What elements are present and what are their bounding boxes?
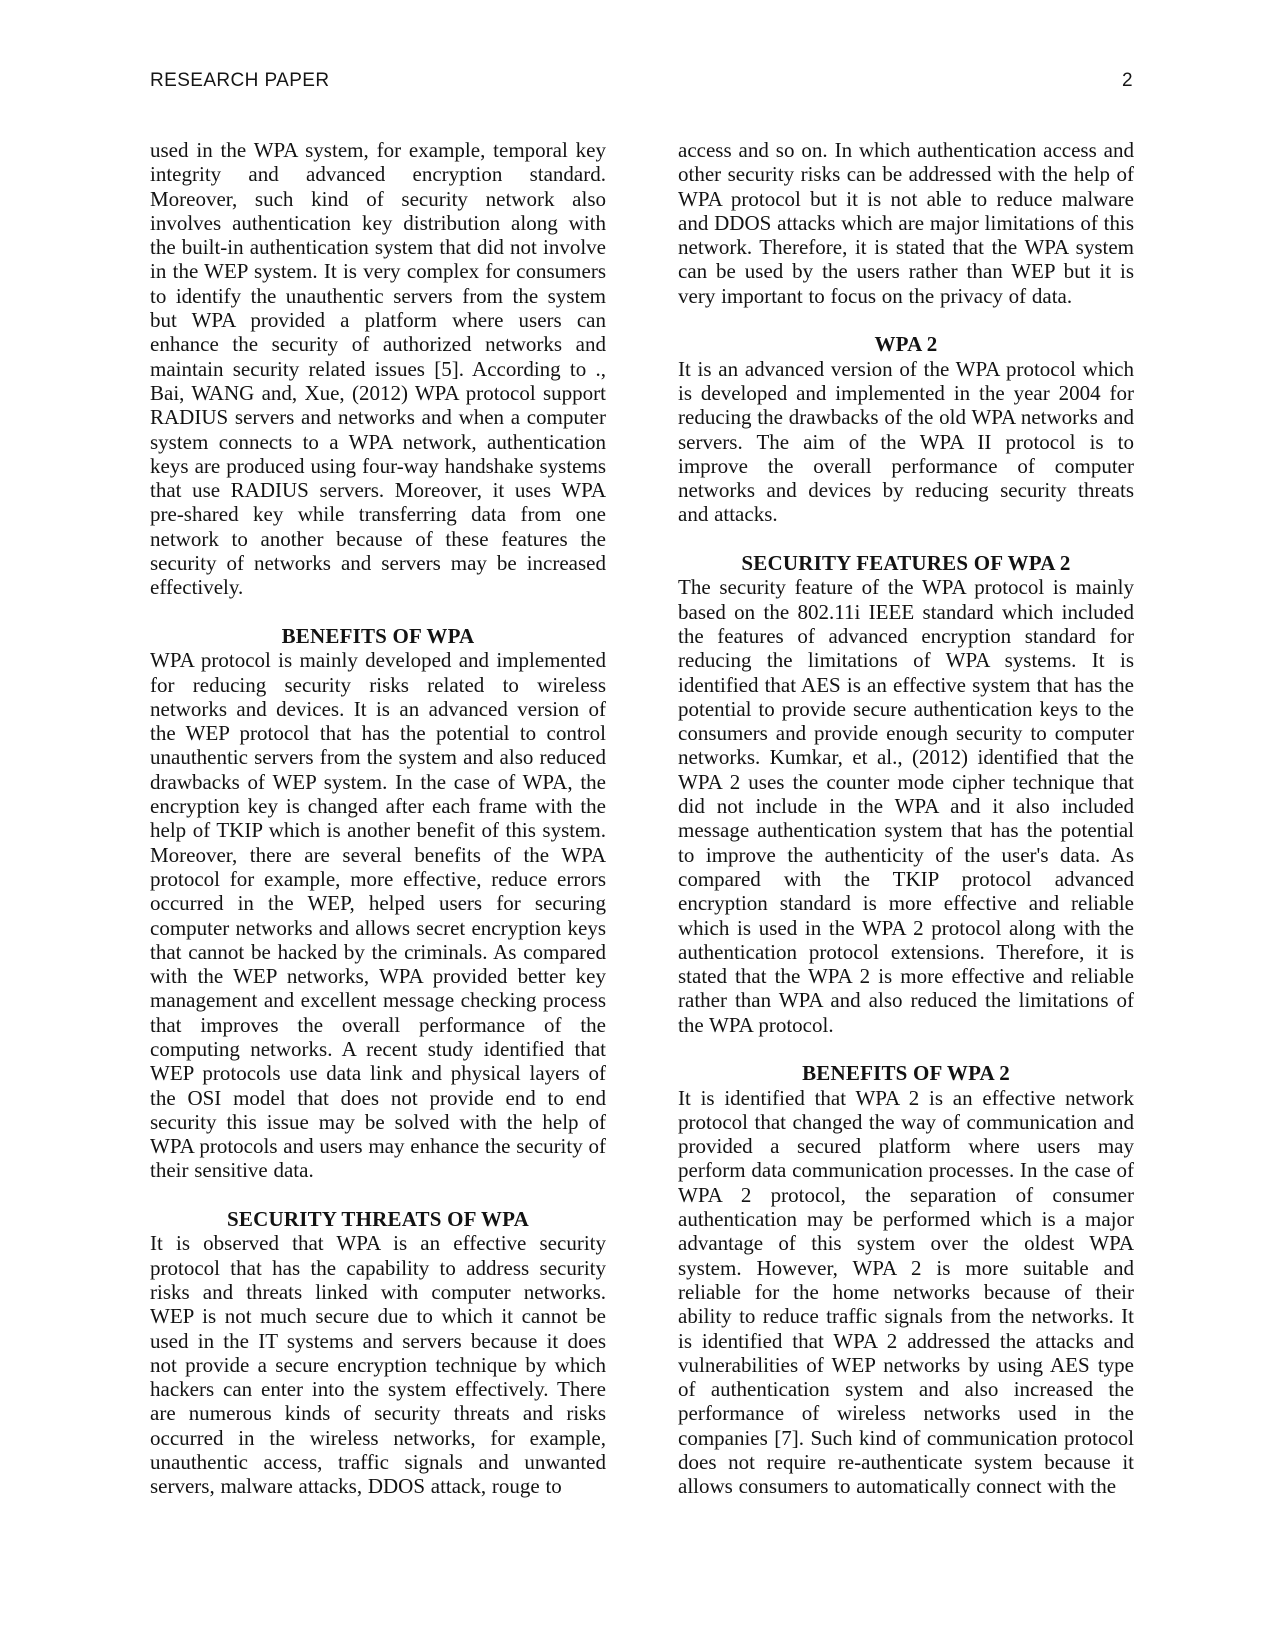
paragraph-security-threats-of-wpa: It is observed that WPA is an effective … <box>150 1231 606 1498</box>
paragraph-security-features-of-wpa-2: The security feature of the WPA protocol… <box>678 575 1134 1037</box>
section-heading-security-features-of-wpa-2: SECURITY FEATURES OF WPA 2 <box>678 551 1134 575</box>
paragraph-threats-continuation: access and so on. In which authenticatio… <box>678 138 1134 308</box>
paragraph-wpa-continuation: used in the WPA system, for example, tem… <box>150 138 606 600</box>
left-column: used in the WPA system, for example, tem… <box>150 138 606 1499</box>
page-header: RESEARCH PAPER 2 <box>150 70 1133 92</box>
section-heading-benefits-of-wpa: BENEFITS OF WPA <box>150 624 606 648</box>
article-body: used in the WPA system, for example, tem… <box>150 138 1133 1499</box>
section-heading-security-threats-of-wpa: SECURITY THREATS OF WPA <box>150 1207 606 1231</box>
page-number: 2 <box>1122 70 1133 92</box>
paragraph-benefits-of-wpa-2: It is identified that WPA 2 is an effect… <box>678 1086 1134 1499</box>
section-heading-wpa-2: WPA 2 <box>678 332 1134 356</box>
document-page: RESEARCH PAPER 2 used in the WPA system,… <box>0 0 1275 1651</box>
paragraph-benefits-of-wpa: WPA protocol is mainly developed and imp… <box>150 648 606 1183</box>
paragraph-wpa-2: It is an advanced version of the WPA pro… <box>678 357 1134 527</box>
section-heading-benefits-of-wpa-2: BENEFITS OF WPA 2 <box>678 1061 1134 1085</box>
right-column: access and so on. In which authenticatio… <box>678 138 1134 1499</box>
running-head: RESEARCH PAPER <box>150 70 329 92</box>
